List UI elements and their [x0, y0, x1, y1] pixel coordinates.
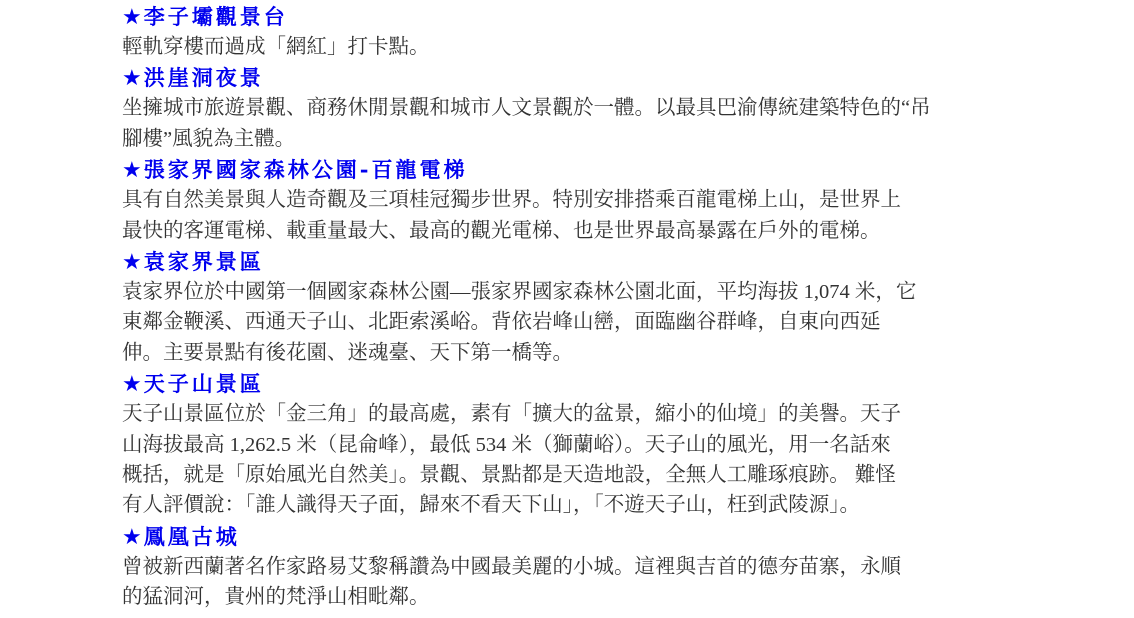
section-tianzishan: ★天子山景區 天子山景區位於「金三角」的最高處，素有「擴大的盆景，縮小的仙境」的…: [122, 368, 1062, 521]
section-title: ★李子壩觀景台: [122, 1, 1062, 32]
star-icon: ★: [122, 5, 142, 30]
section-title-text: 袁家界景區: [144, 249, 264, 274]
star-icon: ★: [122, 372, 142, 397]
body-line: 袁家界位於中國第一個國家森林公園—張家界國家森林公園北面，平均海拔 1,074 …: [122, 277, 1062, 307]
body-line: 腳樓”風貌為主體。: [122, 124, 1062, 154]
body-line: 東鄰金鞭溪、西通天子山、北距索溪峪。背依岩峰山巒，面臨幽谷群峰，自東向西延: [122, 307, 1062, 337]
section-hongyadong: ★洪崖洞夜景 坐擁城市旅遊景觀、商務休閒景觀和城市人文景觀於一體。以最具巴渝傳統…: [122, 62, 1062, 154]
star-icon: ★: [122, 525, 142, 550]
star-icon: ★: [122, 66, 142, 91]
section-fenghuang-ancient-town: ★鳳凰古城 曾被新西蘭著名作家路易艾黎稱讚為中國最美麗的小城。這裡與吉首的德夯苗…: [122, 521, 1062, 613]
section-title: ★洪崖洞夜景: [122, 62, 1062, 93]
section-body: 天子山景區位於「金三角」的最高處，素有「擴大的盆景，縮小的仙境」的美譽。天子 山…: [122, 399, 1062, 521]
body-line: 輕軌穿樓而過成「網紅」打卡點。: [122, 32, 1062, 62]
body-line: 伸。主要景點有後花園、迷魂臺、天下第一橋等。: [122, 338, 1062, 368]
section-yuanjiajie: ★袁家界景區 袁家界位於中國第一個國家森林公園—張家界國家森林公園北面，平均海拔…: [122, 246, 1062, 368]
attractions-document: ★李子壩觀景台 輕軌穿樓而過成「網紅」打卡點。 ★洪崖洞夜景 坐擁城市旅遊景觀、…: [122, 0, 1062, 613]
body-line: 曾被新西蘭著名作家路易艾黎稱讚為中國最美麗的小城。這裡與吉首的德夯苗寨，永順: [122, 552, 1062, 582]
star-icon: ★: [122, 158, 142, 183]
section-title-text: 李子壩觀景台: [144, 4, 288, 29]
section-body: 具有自然美景與人造奇觀及三項桂冠獨步世界。特別安排搭乘百龍電梯上山，是世界上 最…: [122, 185, 1062, 246]
body-line: 有人評價說：「誰人識得天子面，歸來不看天下山」，「不遊天子山，枉到武陵源」。: [122, 490, 1062, 520]
section-title: ★鳳凰古城: [122, 521, 1062, 552]
body-line: 的猛洞河，貴州的梵淨山相毗鄰。: [122, 582, 1062, 612]
body-line: 概括，就是「原始風光自然美」。景觀、景點都是天造地設，全無人工雕琢痕跡。 難怪: [122, 460, 1062, 490]
section-title-text: 洪崖洞夜景: [144, 65, 264, 90]
section-title: ★張家界國家森林公園-百龍電梯: [122, 154, 1062, 185]
section-body: 袁家界位於中國第一個國家森林公園—張家界國家森林公園北面，平均海拔 1,074 …: [122, 277, 1062, 368]
section-title: ★天子山景區: [122, 368, 1062, 399]
body-line: 最快的客運電梯、載重量最大、最高的觀光電梯、也是世界最高暴露在戶外的電梯。: [122, 216, 1062, 246]
body-line: 坐擁城市旅遊景觀、商務休閒景觀和城市人文景觀於一體。以最具巴渝傳統建築特色的“吊: [122, 93, 1062, 123]
section-title-text: 鳳凰古城: [144, 524, 240, 549]
section-body: 坐擁城市旅遊景觀、商務休閒景觀和城市人文景觀於一體。以最具巴渝傳統建築特色的“吊…: [122, 93, 1062, 154]
section-title-text: 天子山景區: [144, 371, 264, 396]
section-liziba: ★李子壩觀景台 輕軌穿樓而過成「網紅」打卡點。: [122, 1, 1062, 62]
section-body: 曾被新西蘭著名作家路易艾黎稱讚為中國最美麗的小城。這裡與吉首的德夯苗寨，永順 的…: [122, 552, 1062, 613]
body-line: 天子山景區位於「金三角」的最高處，素有「擴大的盆景，縮小的仙境」的美譽。天子: [122, 399, 1062, 429]
body-line: 具有自然美景與人造奇觀及三項桂冠獨步世界。特別安排搭乘百龍電梯上山，是世界上: [122, 185, 1062, 215]
section-title-text: 張家界國家森林公園-百龍電梯: [144, 157, 468, 182]
section-title: ★袁家界景區: [122, 246, 1062, 277]
section-body: 輕軌穿樓而過成「網紅」打卡點。: [122, 32, 1062, 62]
body-line: 山海拔最高 1,262.5 米（昆侖峰），最低 534 米（獅蘭峪）。天子山的風…: [122, 430, 1062, 460]
section-zhangjiajie-bailong-elevator: ★張家界國家森林公園-百龍電梯 具有自然美景與人造奇觀及三項桂冠獨步世界。特別安…: [122, 154, 1062, 246]
star-icon: ★: [122, 250, 142, 275]
